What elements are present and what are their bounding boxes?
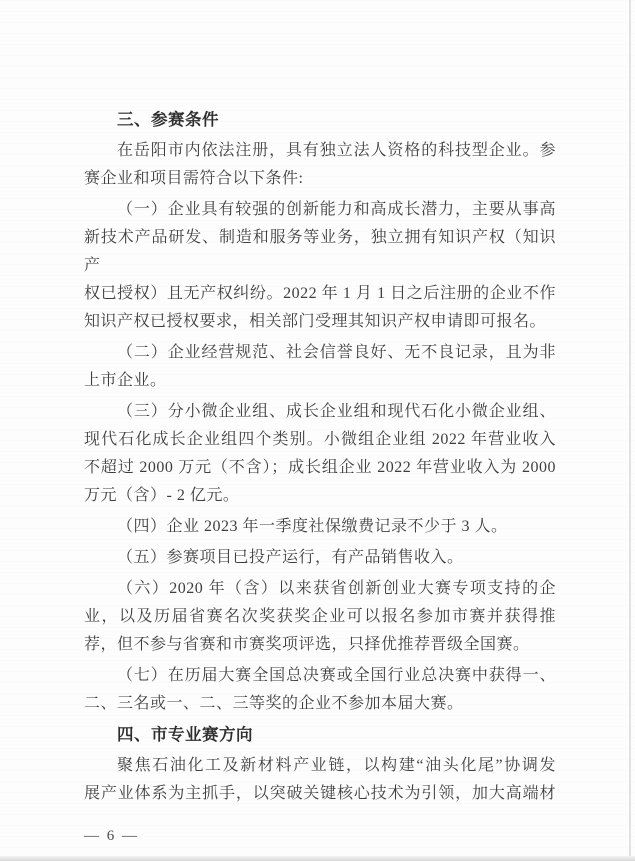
- text-line: 三、参赛条件: [84, 106, 556, 134]
- document-body: 三、参赛条件在岳阳市内依法注册，具有独立法人资格的科技型企业。参赛企业和项目需符…: [84, 106, 556, 808]
- text-line: 四、市专业赛方向: [84, 721, 556, 749]
- text-line: 业，以及历届省赛名次奖获奖企业可以报名参加市赛并获得推: [84, 603, 556, 631]
- text-line: 展产业体系为主抓手，以突破关键核心技术为引领，加大高端材: [84, 780, 556, 808]
- section-heading: 四、市专业赛方向: [84, 721, 556, 749]
- text-line: 现代石化成长企业组四个类别。小微组企业组 2022 年营业收入: [84, 426, 556, 454]
- text-line: （五）参赛项目已投产运行，有产品销售收入。: [84, 544, 556, 572]
- text-line: （一）企业具有较强的创新能力和高成长潜力，主要从事高: [84, 196, 556, 224]
- paragraph: （一）企业具有较强的创新能力和高成长潜力，主要从事高新技术产品研发、制造和服务等…: [84, 196, 556, 336]
- text-line: （七）在历届大赛全国总决赛或全国行业总决赛中获得一、: [84, 662, 556, 690]
- page-right-edge: [629, 0, 631, 861]
- page-bottom-edge: [0, 856, 635, 861]
- scanned-document-page: { "colors": { "page_background": "#fdfdf…: [0, 0, 635, 861]
- text-line: （二）企业经营规范、社会信誉良好、无不良记录，且为非: [84, 339, 556, 367]
- paragraph: （二）企业经营规范、社会信誉良好、无不良记录，且为非上市企业。: [84, 339, 556, 395]
- section-heading: 三、参赛条件: [84, 106, 556, 134]
- text-line: 新技术产品研发、制造和服务等业务，独立拥有知识产权（知识产: [84, 224, 556, 280]
- paragraph: （七）在历届大赛全国总决赛或全国行业总决赛中获得一、二、三名或一、二、三等奖的企…: [84, 662, 556, 718]
- text-line: 赛企业和项目需符合以下条件:: [84, 165, 556, 193]
- text-line: 不超过 2000 万元（不含）；成长组企业 2022 年营业收入为 2000: [84, 454, 556, 482]
- paragraph: （五）参赛项目已投产运行，有产品销售收入。: [84, 544, 556, 572]
- text-line: 二、三名或一、二、三等奖的企业不参加本届大赛。: [84, 690, 556, 718]
- paragraph: （三）分小微企业组、成长企业组和现代石化小微企业组、现代石化成长企业组四个类别。…: [84, 398, 556, 510]
- paragraph: （六）2020 年（含）以来获省创新创业大赛专项支持的企业，以及历届省赛名次奖获…: [84, 575, 556, 659]
- text-line: （三）分小微企业组、成长企业组和现代石化小微企业组、: [84, 398, 556, 426]
- text-line: 荐，但不参与省赛和市赛奖项评选，只择优推荐晋级全国赛。: [84, 631, 556, 659]
- text-line: 聚焦石油化工及新材料产业链，以构建“油头化尾”协调发: [84, 752, 556, 780]
- text-line: 上市企业。: [84, 367, 556, 395]
- paragraph: （四）企业 2023 年一季度社保缴费记录不少于 3 人。: [84, 513, 556, 541]
- paragraph: 在岳阳市内依法注册，具有独立法人资格的科技型企业。参赛企业和项目需符合以下条件:: [84, 137, 556, 193]
- text-line: 在岳阳市内依法注册，具有独立法人资格的科技型企业。参: [84, 137, 556, 165]
- paragraph: 聚焦石油化工及新材料产业链，以构建“油头化尾”协调发展产业体系为主抓手，以突破关…: [84, 752, 556, 808]
- text-line: （六）2020 年（含）以来获省创新创业大赛专项支持的企: [84, 575, 556, 603]
- text-line: （四）企业 2023 年一季度社保缴费记录不少于 3 人。: [84, 513, 556, 541]
- text-line: 知识产权已授权要求，相关部门受理其知识产权申请即可报名。: [84, 308, 556, 336]
- text-line: 万元（含）- 2 亿元。: [84, 482, 556, 510]
- text-line: 权已授权）且无产权纠纷。2022 年 1 月 1 日之后注册的企业不作: [84, 280, 556, 308]
- page-number: — 6 —: [84, 828, 139, 845]
